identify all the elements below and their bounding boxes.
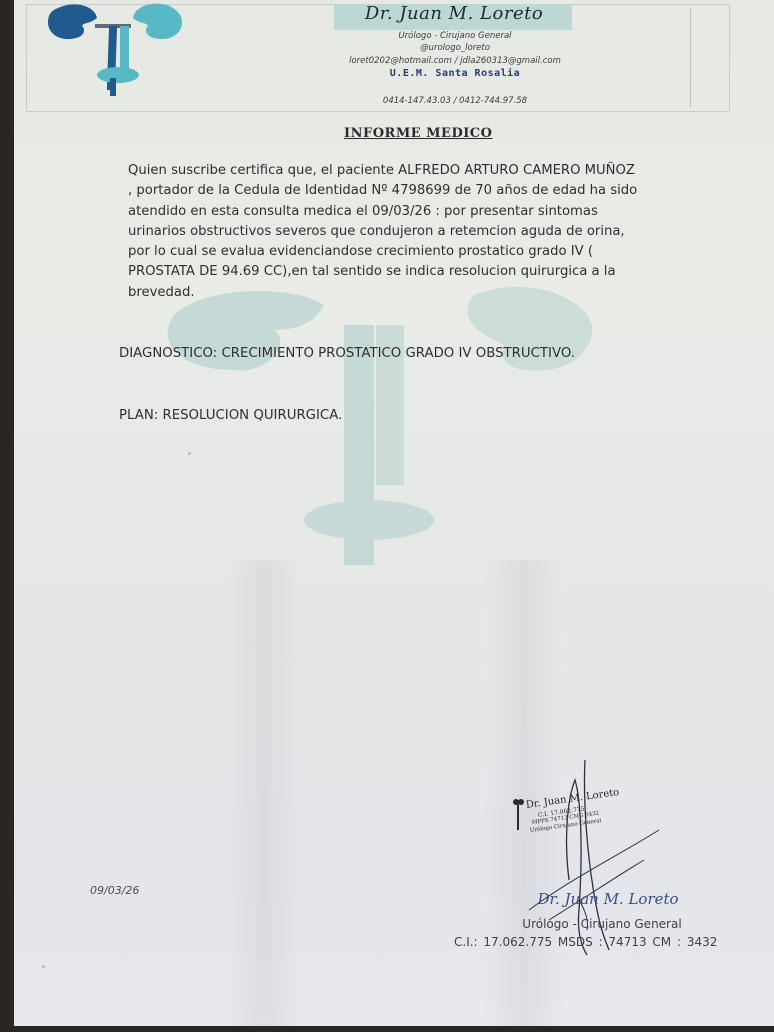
contact-emails: loret0202@hotmail.com / jdla260313@gmail… — [300, 56, 610, 66]
report-body-line: urinarios obstructivos severos que condu… — [128, 222, 728, 242]
watermark-logo-icon — [144, 275, 614, 615]
clinic-name: U.E.M. Santa Rosalia — [300, 68, 610, 79]
letterhead-divider — [690, 8, 691, 108]
report-body-line: PROSTATA DE 94.69 CC),en tal sentido se … — [128, 262, 728, 282]
specialty: Urólogo - Cirujano General — [300, 31, 610, 41]
paper-speck — [188, 452, 191, 455]
report-date: 09/03/26 — [90, 884, 139, 897]
report-body-line: brevedad. — [128, 283, 728, 303]
paper-speck — [42, 965, 45, 968]
report-body-line: por lo cual se evalua evidenciandose cre… — [128, 242, 728, 262]
treatment-plan: PLAN: RESOLUCION QUIRURGICA. — [119, 408, 342, 423]
medical-report-page: Dr. Juan M. Loreto Urólogo - Cirujano Ge… — [14, 0, 774, 1026]
report-body-line: Quien suscribe certifica que, el pacient… — [128, 161, 728, 181]
signature-title: Urólogo - Cirujano General — [512, 917, 692, 931]
report-title: INFORME MEDICO — [344, 126, 492, 141]
report-body-line: , portador de la Cedula de Identidad Nº … — [128, 181, 728, 201]
report-body: Quien suscribe certifica que, el pacient… — [128, 161, 728, 303]
diagnosis: DIAGNOSTICO: CRECIMIENTO PROSTATICO GRAD… — [119, 346, 575, 361]
contact-phones: 0414-147.43.03 / 0412-744.97.58 — [300, 96, 610, 106]
paper-fold-shadow — [224, 560, 304, 1026]
signature-credentials: C.I.: 17.062.775 MSDS : 74713 CM : 3432 — [454, 935, 717, 949]
signature-name: Dr. Juan M. Loreto — [508, 890, 708, 908]
kidneys-urinary-tract-icon — [40, 0, 190, 100]
doctor-name: Dr. Juan M. Loreto — [334, 3, 574, 24]
social-handle: @urologo_loreto — [300, 43, 610, 53]
report-body-line: atendido en esta consulta medica el 09/0… — [128, 202, 728, 222]
